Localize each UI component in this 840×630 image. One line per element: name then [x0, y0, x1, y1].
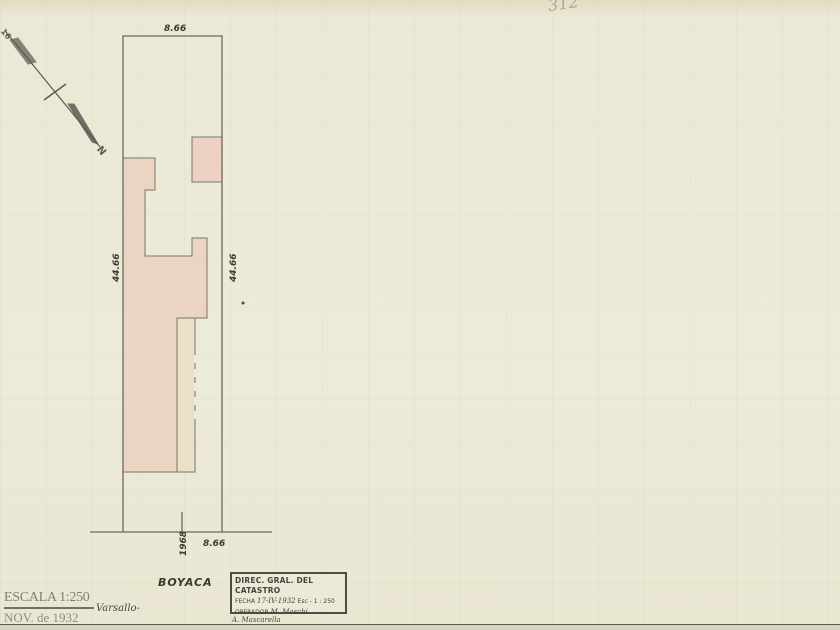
scale-rule	[4, 607, 94, 609]
stamp-operador-value: M. Maschi	[271, 608, 308, 616]
catastro-stamp: DIREC. GRAL. DEL CATASTRO FECHA 17-IV-19…	[230, 572, 347, 614]
building-footprints	[123, 137, 222, 472]
scale-date: NOV. de 1932	[4, 611, 94, 625]
stamp-fecha-row: FECHA 17-IV-1932 Esc - 1 : 250	[235, 596, 342, 607]
dimension-bottom: 8.66	[203, 539, 225, 549]
author-signature: Varsallo-	[96, 603, 140, 614]
stamp-signature: A. Mascarella	[232, 616, 281, 624]
street-name: BOYACA	[158, 576, 213, 589]
stamp-fecha-value: 17-IV-1932	[257, 597, 296, 605]
north-arrow-label: N	[94, 144, 108, 157]
dimension-left: 44.66	[112, 254, 122, 283]
dimension-right: 44.66	[229, 254, 239, 283]
north-arrow-icon: 16 N	[0, 27, 108, 158]
sheet-bottom-edge	[0, 624, 840, 630]
stamp-escala-label: Esc - 1 : 250	[298, 598, 335, 605]
scale-block: ESCALA 1:250 NOV. de 1932	[4, 590, 94, 625]
cadastral-plan: 16 N 8.66 8.66 44.66 44.66 1968	[0, 0, 840, 630]
building-annex-light	[177, 318, 195, 472]
scale-label: ESCALA 1:250	[4, 590, 94, 606]
stamp-operador-label: OPERADOR	[235, 609, 269, 616]
survey-point	[242, 302, 245, 305]
stamp-title: DIREC. GRAL. DEL CATASTRO	[235, 576, 342, 596]
dimension-top: 8.66	[164, 24, 186, 34]
building-shed	[192, 137, 222, 182]
lot-number: 1968	[179, 531, 189, 556]
stamp-fecha-label: FECHA	[235, 598, 255, 605]
